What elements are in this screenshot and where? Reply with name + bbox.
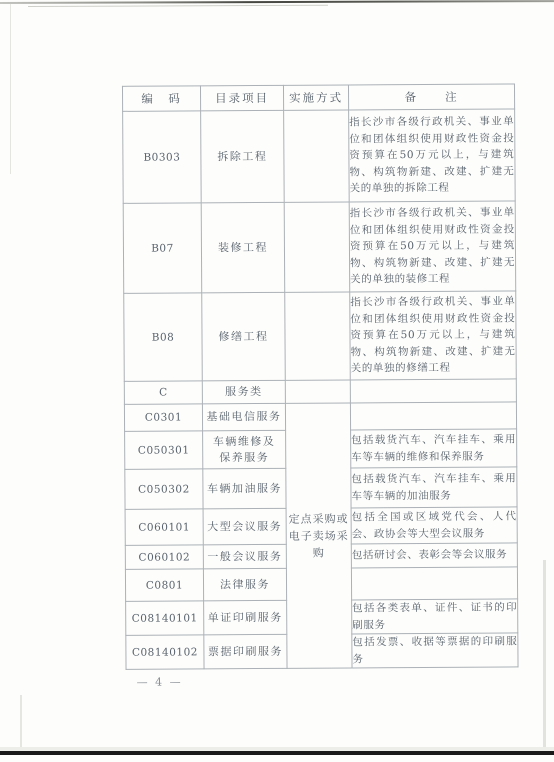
code-cell: B0303 [123,111,202,203]
item-cell: 车辆维修及 保养服务 [203,430,286,469]
item-cell: 基础电信服务 [202,403,285,431]
remark-cell: 指长沙市各级行政机关、事业单位和团体组织使用财政性资金投资预算在50万元以上，与… [350,291,517,380]
code-cell: C0301 [124,404,202,431]
item-cell: 服务类 [202,380,285,404]
item-cell: 修缮工程 [202,292,286,381]
code-cell: C050301 [125,431,203,469]
method-cell [284,202,350,292]
remark-cell: 包括发票、收据等票据的印刷服务 [352,633,518,668]
item-cell: 大型会议服务 [203,508,286,545]
item-cell: 法律服务 [203,568,286,601]
code-cell: C050302 [125,469,203,509]
remark-cell: 包括载货汽车、汽车挂车、乘用车等车辆的维修和保养服务 [351,429,517,468]
remark-cell [350,402,516,430]
table-row: C 服务类 [124,379,516,404]
header-remark: 备 注 [348,84,514,110]
item-cell: 拆除工程 [201,110,285,203]
code-cell: C08140102 [126,635,204,669]
remark-cell: 指长沙市各级行政机关、事业单位和团体组织使用财政性资金投资预算在50万元以上，与… [349,201,516,292]
remark-cell: 包括研讨会、表彰会等会议服务 [351,543,517,568]
remark-cell: 包括全国或区域党代会、人代会、政协会等大型会议服务 [351,507,517,544]
table-row: C0301 基础电信服务 定点采购或 电子卖场采购 [124,402,516,431]
method-cell-merged: 定点采购或 电子卖场采购 [285,403,352,668]
code-cell: C060101 [125,509,203,545]
code-cell: B07 [123,203,202,293]
remark-cell: 包括载货汽车、汽车挂车、乘用车等车辆的加油服务 [351,467,517,508]
remark-cell [351,567,517,600]
scanned-page: 编 码 目录项目 实施方式 备 注 B0303 拆除工程 指长沙市各级行政机关、… [0,0,554,762]
code-cell: C0801 [125,569,203,601]
item-cell: 单证印刷服务 [204,600,287,635]
code-cell: C060102 [125,545,203,569]
table-row: B08 修缮工程 指长沙市各级行政机关、事业单位和团体组织使用财政性资金投资预算… [124,291,517,381]
header-item: 目录项目 [200,85,283,111]
method-cell [285,292,351,380]
item-cell: 车辆加油服务 [203,468,286,509]
table-header-row: 编 码 目录项目 实施方式 备 注 [122,84,514,111]
header-method: 实施方式 [283,85,348,110]
page-number: — 4 — [137,675,183,688]
header-code: 编 码 [122,86,200,111]
code-cell: C [124,381,202,404]
code-cell: C08140101 [126,601,204,635]
method-cell [285,380,350,403]
remark-cell: 指长沙市各级行政机关、事业单位和团体组织使用财政性资金投资预算在50万元以上，与… [349,109,516,202]
procurement-catalog-table: 编 码 目录项目 实施方式 备 注 B0303 拆除工程 指长沙市各级行政机关、… [122,83,519,669]
code-cell: B08 [124,293,203,381]
table-row: B07 装修工程 指长沙市各级行政机关、事业单位和团体组织使用财政性资金投资预算… [123,201,516,293]
remark-cell [350,379,516,403]
method-cell [284,110,350,202]
item-cell: 装修工程 [201,202,285,293]
page-content: 编 码 目录项目 实施方式 备 注 B0303 拆除工程 指长沙市各级行政机关、… [0,0,554,762]
table-row: B0303 拆除工程 指长沙市各级行政机关、事业单位和团体组织使用财政性资金投资… [123,109,516,203]
remark-cell: 包括各类表单、证件、证书的印刷服务 [352,599,518,634]
item-cell: 票据印刷服务 [204,634,287,669]
item-cell: 一般会议服务 [203,544,286,569]
